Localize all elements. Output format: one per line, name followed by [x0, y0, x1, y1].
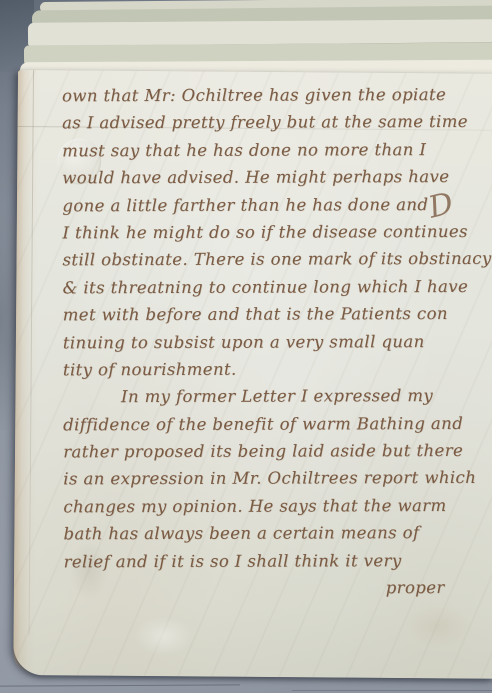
manuscript-line: tinuing to subsist upon a very small qua… — [63, 327, 492, 356]
manuscript-catchword: proper — [64, 574, 492, 603]
manuscript-line: tity of nourishment. — [63, 355, 492, 384]
manuscript-scan: D own that Mr: Ochiltree has given the o… — [0, 0, 492, 693]
paper-stain — [403, 603, 473, 649]
page-edge-tint — [13, 70, 40, 675]
manuscript-line: met with before and that is the Patients… — [63, 300, 492, 329]
paper-stain — [133, 616, 193, 656]
manuscript-line: I think he might do so if the disease co… — [62, 218, 492, 247]
manuscript-line: & its threatning to continue long which … — [63, 273, 492, 302]
manuscript-line: must say that he has done no more than I — [62, 136, 492, 165]
letter-page: D own that Mr: Ochiltree has given the o… — [13, 70, 492, 679]
manuscript-line: gone a little farther than he has done a… — [62, 190, 492, 219]
manuscript-line: still obstinate. There is one mark of it… — [62, 245, 492, 274]
manuscript-line: relief and if it is so I shall think it … — [64, 546, 492, 575]
manuscript-line: would have advised. He might perhaps hav… — [62, 163, 492, 192]
manuscript-text: own that Mr: Ochiltree has given the opi… — [62, 81, 492, 603]
manuscript-line: diffidence of the benefit of warm Bathin… — [63, 410, 492, 439]
manuscript-line: changes my opinion. He says that the war… — [63, 492, 492, 521]
manuscript-line: rather proposed its being laid aside but… — [63, 437, 492, 466]
manuscript-line: bath has always been a certain means of — [63, 519, 492, 548]
manuscript-line: own that Mr: Ochiltree has given the opi… — [62, 81, 492, 110]
backing-seam-line — [292, 690, 492, 691]
manuscript-line-paragraph-start: In my former Letter I expressed my — [63, 382, 492, 411]
manuscript-line: as I advised pretty freely but at the sa… — [62, 108, 492, 137]
manuscript-line: is an expression in Mr. Ochiltrees repor… — [63, 464, 492, 493]
backing-seam-line — [0, 684, 240, 686]
